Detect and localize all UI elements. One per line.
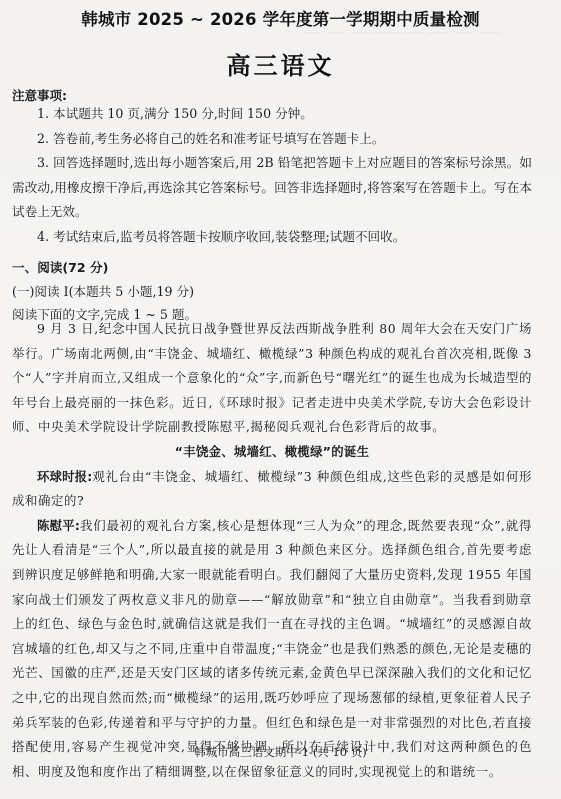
notices-list: 1. 本试题共 10 页,满分 150 分,时间 150 分钟。 2. 答卷前,… (12, 102, 532, 249)
reading-passage: 9 月 3 日,纪念中国人民抗日战争暨世界反法西斯战争胜利 80 周年大会在天安… (12, 317, 532, 784)
exam-subject-title: 高三语文 (0, 46, 561, 81)
speaker-label: 环球时报: (37, 469, 92, 484)
passage-intro: 9 月 3 日,纪念中国人民抗日战争暨世界反法西斯战争胜利 80 周年大会在天安… (12, 317, 532, 440)
notice-item: 4. 考试结束后,监考员将答题卡按顺序收回,装袋整理;试题不回收。 (12, 225, 532, 250)
section-title: 一、阅读(72 分) (12, 256, 532, 280)
notice-item: 1. 本试题共 10 页,满分 150 分,时间 150 分钟。 (12, 102, 532, 127)
section-header: 一、阅读(72 分) (一)阅读 Ⅰ(本题共 5 小题,19 分) 阅读下面的文… (12, 256, 532, 327)
subsection-title: (一)阅读 Ⅰ(本题共 5 小题,19 分) (12, 280, 532, 304)
notice-item: 3. 回答选择题时,选出每小题答案后,用 2B 铅笔把答题卡上对应题目的答案标号… (12, 151, 532, 225)
interview-question: 环球时报:观礼台由“丰饶金、城墙红、橄榄绿”3 种颜色组成,这些色彩的灵感是如何… (12, 465, 532, 514)
answer-text: 我们最初的观礼台方案,核心是想体现“三人为众”的理念,既然要表现“众”,就得先让… (12, 518, 532, 779)
exam-title: 韩城市 2025 ~ 2026 学年度第一学期期中质量检测 (0, 6, 561, 30)
notice-item: 2. 答卷前,考生务必将自己的姓名和准考证号填写在答题卡上。 (12, 127, 532, 152)
page-footer: 韩城市高三语文期中-1-(共 10 页) (0, 744, 561, 760)
speaker-label: 陈慰平: (37, 518, 80, 533)
passage-heading: “丰饶金、城墙红、橄榄绿”的诞生 (12, 440, 532, 465)
exam-page: —— —— —— —— —— —— —— —— —— —— —— —— —— —… (0, 0, 561, 799)
